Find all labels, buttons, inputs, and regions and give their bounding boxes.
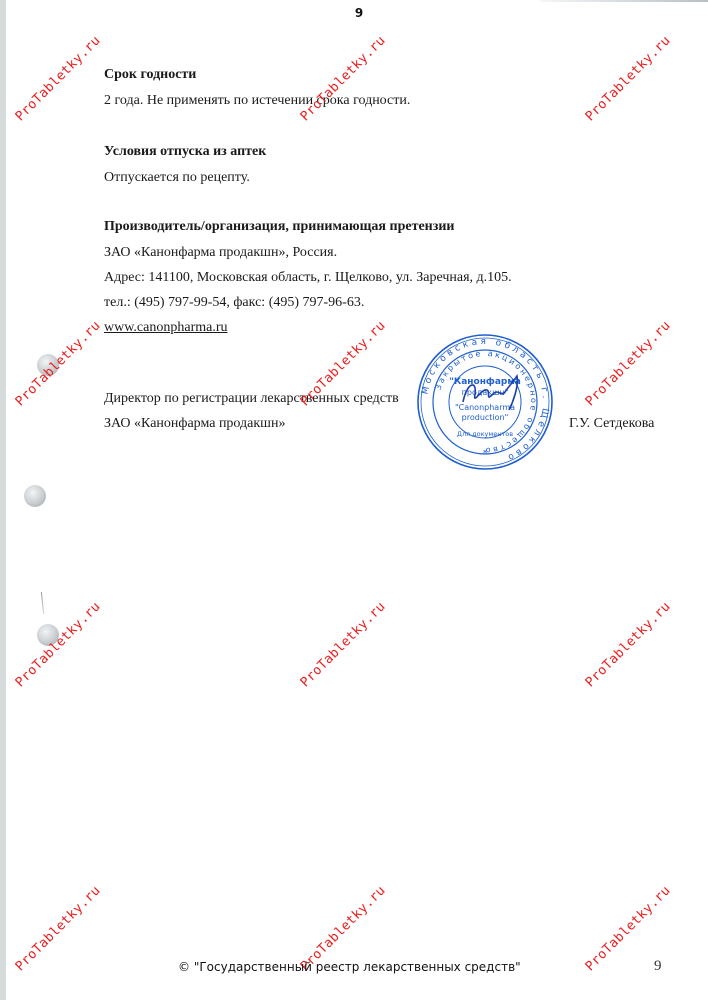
svg-text:production": production" bbox=[462, 413, 509, 422]
scan-left-edge bbox=[0, 0, 6, 1000]
company-stamp: Московская область г. Щелково Закрытое а… bbox=[415, 332, 555, 472]
signatory-name: Г.У. Сетдекова bbox=[569, 416, 654, 432]
svg-text:Для документов: Для документов bbox=[457, 430, 513, 438]
svg-text:*: * bbox=[483, 449, 488, 459]
scan-top-edge bbox=[540, 0, 708, 2]
watermark: ProTabletky.ru bbox=[583, 872, 686, 975]
manufacturer-heading: Производитель/организация, принимающая п… bbox=[104, 219, 455, 235]
watermark: ProTabletky.ru bbox=[13, 22, 116, 125]
footer-copyright: © "Государственный реестр лекарственных … bbox=[178, 959, 521, 975]
manufacturer-website-link[interactable]: www.canonpharma.ru bbox=[104, 320, 228, 336]
signatory-title: Директор по регистрации лекарственных ср… bbox=[104, 391, 399, 407]
watermark: ProTabletky.ru bbox=[13, 588, 116, 691]
page-number-top: 9 bbox=[352, 6, 366, 20]
watermark: ProTabletky.ru bbox=[583, 307, 686, 410]
page-number-bottom: 9 bbox=[654, 957, 662, 975]
scan-mark bbox=[41, 592, 44, 614]
stamp-seal-icon: Московская область г. Щелково Закрытое а… bbox=[415, 332, 555, 472]
watermark: ProTabletky.ru bbox=[298, 22, 401, 125]
watermark: ProTabletky.ru bbox=[13, 307, 116, 410]
dispensing-heading: Условия отпуска из аптек bbox=[104, 144, 266, 160]
punch-hole bbox=[24, 485, 46, 507]
dispensing-text: Отпускается по рецепту. bbox=[104, 170, 250, 186]
shelf-life-text: 2 года. Не применять по истечении срока … bbox=[104, 93, 410, 109]
signatory-company: ЗАО «Канонфарма продакшн» bbox=[104, 416, 285, 432]
watermark: ProTabletky.ru bbox=[13, 872, 116, 975]
manufacturer-phones: тел.: (495) 797-99-54, факс: (495) 797-9… bbox=[104, 295, 364, 311]
watermark: ProTabletky.ru bbox=[583, 588, 686, 691]
manufacturer-name: ЗАО «Канонфарма продакшн», Россия. bbox=[104, 245, 337, 261]
watermark: ProTabletky.ru bbox=[583, 22, 686, 125]
watermark: ProTabletky.ru bbox=[298, 588, 401, 691]
manufacturer-address: Адрес: 141100, Московская область, г. Ще… bbox=[104, 270, 512, 286]
svg-text:"Canonpharma: "Canonpharma bbox=[455, 403, 515, 412]
shelf-life-heading: Срок годности bbox=[104, 67, 196, 83]
